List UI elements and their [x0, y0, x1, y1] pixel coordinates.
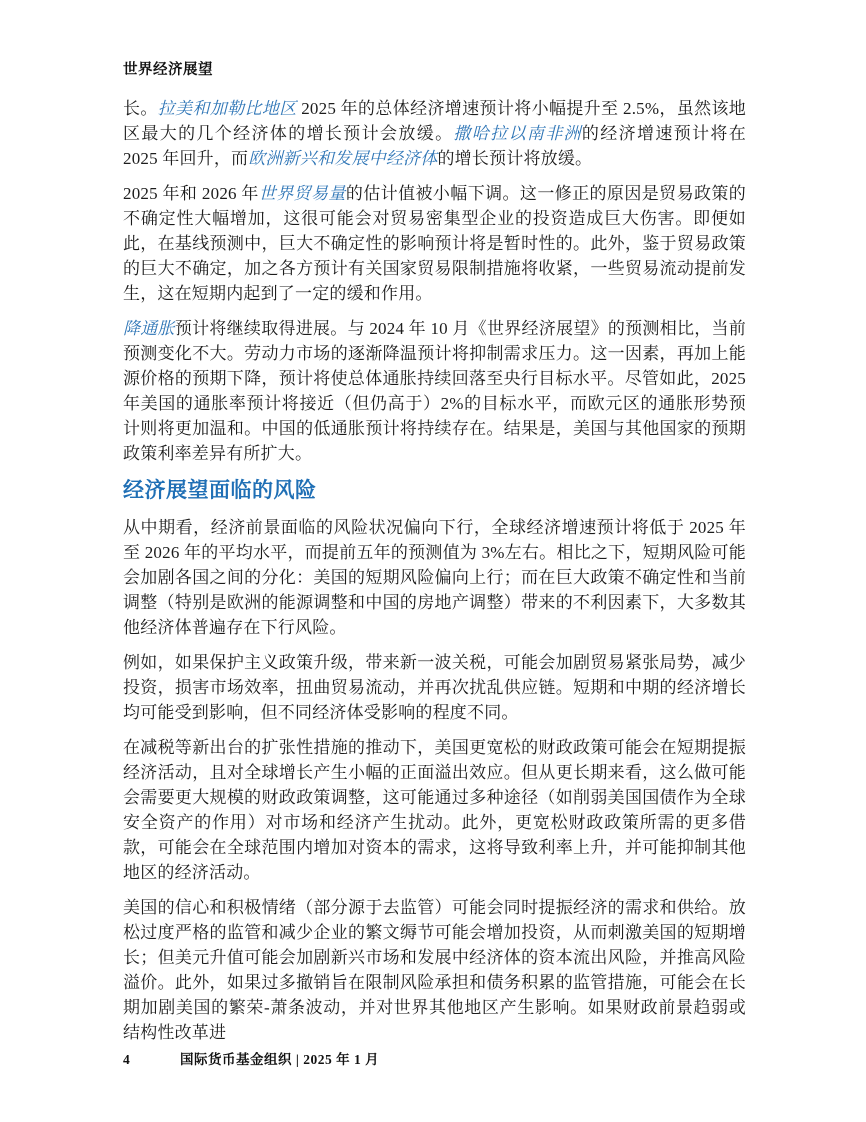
document-page: 世界经济展望 长。拉美和加勒比地区 2025 年的总体经济增速预计将小幅提升至 …: [0, 0, 866, 1122]
body-text: 在减税等新出台的扩张性措施的推动下，美国更宽松的财政政策可能会在短期提振经济活动…: [123, 738, 746, 882]
paragraph-medium-term-risks: 从中期看，经济前景面临的风险状况偏向下行，全球经济增速预计将低于 2025 年至…: [123, 515, 746, 640]
highlighted-term: 世界贸易量: [259, 184, 346, 203]
page-content: 长。拉美和加勒比地区 2025 年的总体经济增速预计将小幅提升至 2.5%，虽然…: [123, 96, 746, 1045]
body-text: 的增长预计将放缓。: [437, 149, 592, 168]
body-text: 美国的信心和积极情绪（部分源于去监管）可能会同时提振经济的需求和供给。放松过度严…: [123, 898, 746, 1042]
section-heading-risks: 经济展望面临的风险: [123, 476, 746, 505]
page-number: 4: [123, 1052, 180, 1068]
body-text: 2025 年和 2026 年: [123, 184, 259, 203]
paragraph-regional-growth: 长。拉美和加勒比地区 2025 年的总体经济增速预计将小幅提升至 2.5%，虽然…: [123, 96, 746, 171]
paragraph-us-fiscal-policy: 在减税等新出台的扩张性措施的推动下，美国更宽松的财政政策可能会在短期提振经济活动…: [123, 735, 746, 885]
paragraph-us-sentiment: 美国的信心和积极情绪（部分源于去监管）可能会同时提振经济的需求和供给。放松过度严…: [123, 895, 746, 1045]
body-text: 例如，如果保护主义政策升级，带来新一波关税，可能会加剧贸易紧张局势，减少投资，损…: [123, 653, 746, 722]
paragraph-disinflation: 降通胀预计将继续取得进展。与 2024 年 10 月《世界经济展望》的预测相比，…: [123, 316, 746, 466]
body-text: 长。: [123, 99, 158, 118]
highlighted-term: 拉美和加勒比地区: [158, 99, 297, 118]
paragraph-world-trade: 2025 年和 2026 年世界贸易量的估计值被小幅下调。这一修正的原因是贸易政…: [123, 181, 746, 306]
body-text: 从中期看，经济前景面临的风险状况偏向下行，全球经济增速预计将低于 2025 年至…: [123, 518, 746, 637]
page-footer: 4 国际货币基金组织 | 2025 年 1 月: [123, 1048, 379, 1068]
highlighted-term: 降通胀: [123, 319, 175, 338]
publisher-text: 国际货币基金组织 | 2025 年 1 月: [180, 1048, 379, 1068]
highlighted-term: 欧洲新兴和发展中经济体: [248, 149, 437, 168]
highlighted-term: 撒哈拉以南非洲: [453, 124, 582, 143]
body-text: 预计将继续取得进展。与 2024 年 10 月《世界经济展望》的预测相比，当前预…: [123, 319, 746, 463]
running-header: 世界经济展望: [123, 58, 213, 79]
paragraph-protectionism: 例如，如果保护主义政策升级，带来新一波关税，可能会加剧贸易紧张局势，减少投资，损…: [123, 650, 746, 725]
